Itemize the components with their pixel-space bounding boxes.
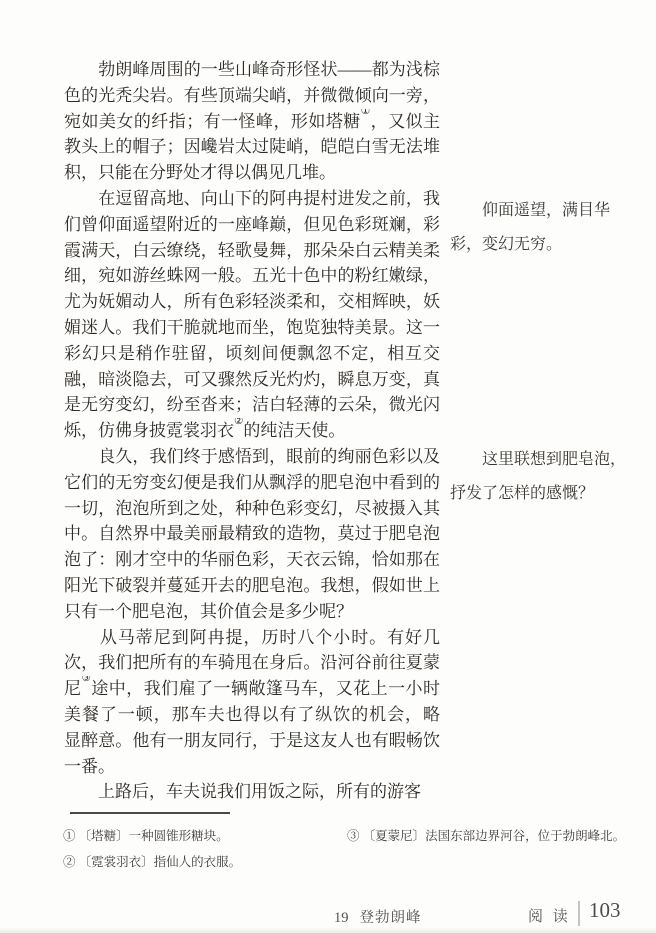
lesson-number: 19 <box>334 910 349 926</box>
body-line: 媚迷人。我们干脆就地而坐，饱览独特美景。这一 <box>64 315 440 341</box>
body-line: 勃朗峰周围的一些山峰奇形怪状——都为浅棕 <box>64 57 440 83</box>
footnotes-left-column: ① 〔塔糖〕一种圆锥形糖块。② 〔霓裳羽衣〕指仙人的衣服。 <box>63 823 338 875</box>
lesson-label: 19登勃朗峰 <box>334 906 422 927</box>
footnote-item: ① 〔塔糖〕一种圆锥形糖块。 <box>63 823 338 849</box>
body-line: 上路后，车夫说我们用饭之际，所有的游客 <box>64 779 440 805</box>
margin-note-line: 仰面遥望，满目华 <box>450 193 646 227</box>
body-line: 它们的无穷变幻便是我们从飘浮的肥皂泡中看到的 <box>64 470 440 496</box>
scan-bottom-shade <box>0 927 656 933</box>
margin-note-2: 这里联想到肥皂泡，抒发了怎样的感慨？ <box>450 442 646 510</box>
body-line: 细，宛如游丝蛛网一般。五光十色中的粉红嫩绿， <box>64 263 440 289</box>
body-line: 中。自然界中最美丽最精致的造物，莫过于肥皂泡 <box>64 521 440 547</box>
margin-note-1: 仰面遥望，满目华彩，变幻无穷。 <box>450 193 646 261</box>
page-footer: 19登勃朗峰 阅 读 103 <box>0 898 656 928</box>
footnotes-right-column: ③ 〔夏蒙尼〕法国东部边界河谷，位于勃朗峰北。 <box>347 823 647 849</box>
body-line: 良久，我们终于感悟到，眼前的绚丽色彩以及 <box>64 444 440 470</box>
lesson-title: 登勃朗峰 <box>360 910 422 926</box>
body-line: 在逗留高地、向山下的阿冉提村进发之前，我 <box>64 186 440 212</box>
body-line: 是无穷变幻，纷至沓来；洁白轻薄的云朵，微光闪 <box>64 392 440 418</box>
textbook-page: 勃朗峰周围的一些山峰奇形怪状——都为浅棕色的光秃尖岩。有些顶端尖峭，并微微倾向一… <box>0 0 656 933</box>
body-line: 彩幻只是稍作驻留，顷刻间便飘忽不定，相互交 <box>64 341 440 367</box>
body-line: 霞满天，白云缭绕，轻歌曼舞，那朵朵白云精美柔 <box>64 238 440 264</box>
section-label: 阅 读 <box>528 905 571 926</box>
margin-note-line: 抒发了怎样的感慨？ <box>450 476 646 510</box>
body-line: 们曾仰面遥望附近的一座峰巅，但见色彩斑斓，彩 <box>64 212 440 238</box>
body-line: 积，只能在分野处才得以偶见几堆。 <box>64 160 440 186</box>
body-line: 只有一个肥皂泡，其价值会是多少呢？ <box>64 599 440 625</box>
body-line: 阳光下破裂并蔓延开去的肥皂泡。我想，假如世上 <box>64 573 440 599</box>
body-line: 泡了：刚才空中的华丽色彩，天衣云锦，恰如那在 <box>64 547 440 573</box>
body-line: 一切，泡泡所到之处，种种色彩变幻，尽被摄入其 <box>64 496 440 522</box>
footer-divider <box>578 901 580 926</box>
body-line: 从马蒂尼到阿冉提，历时八个小时。有好几 <box>64 625 440 651</box>
body-line: 尼③途中，我们雇了一辆敞篷马车，又花上一小时 <box>64 676 440 702</box>
body-line: 尤为妩媚动人，所有色彩轻淡柔和，交相辉映，妖 <box>64 289 440 315</box>
body-text: 勃朗峰周围的一些山峰奇形怪状——都为浅棕色的光秃尖岩。有些顶端尖峭，并微微倾向一… <box>64 57 440 805</box>
body-line: 一番。 <box>64 754 440 780</box>
body-line: 教头上的帽子；因巉岩太过陡峭，皑皑白雪无法堆 <box>64 134 440 160</box>
footnote-item: ② 〔霓裳羽衣〕指仙人的衣服。 <box>63 849 338 875</box>
body-line: 次，我们把所有的车骑甩在身后。沿河谷前往夏蒙 <box>64 650 440 676</box>
footnote-separator-rule <box>70 812 230 814</box>
margin-note-line: 彩，变幻无穷。 <box>450 227 646 261</box>
body-line: 显醉意。他有一朋友同行，于是这友人也有暇畅饮 <box>64 728 440 754</box>
body-line: 色的光秃尖岩。有些顶端尖峭，并微微倾向一旁， <box>64 83 440 109</box>
body-line: 美餐了一顿，那车夫也得以有了纵饮的机会，略 <box>64 702 440 728</box>
footnote-item: ③ 〔夏蒙尼〕法国东部边界河谷，位于勃朗峰北。 <box>347 823 647 849</box>
margin-note-line: 这里联想到肥皂泡， <box>450 442 646 476</box>
body-line: 宛如美女的纤指；有一怪峰，形如塔糖①，又似主 <box>64 109 440 135</box>
body-line: 融，暗淡隐去，可又骤然反光灼灼，瞬息万变，真 <box>64 367 440 393</box>
page-number: 103 <box>589 898 621 923</box>
body-line: 烁，仿佛身披霓裳羽衣②的纯洁天使。 <box>64 418 440 444</box>
